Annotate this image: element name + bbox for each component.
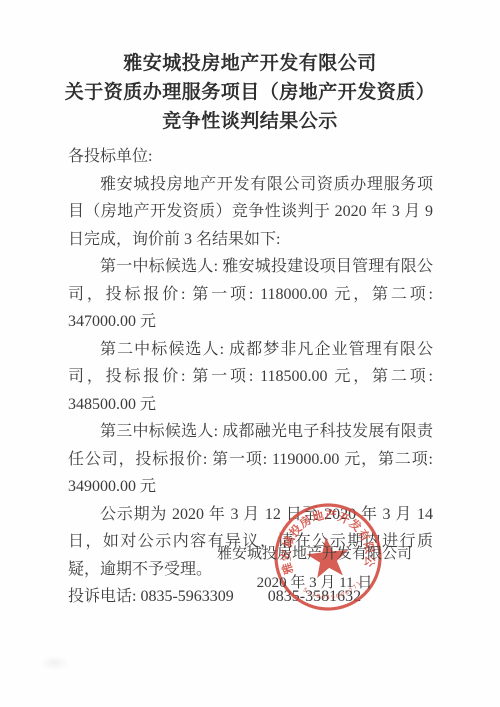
paragraph-candidate-2: 第二中标候选人: 成都梦非凡企业管理有限公司，投标报价: 第一项: 118500… [68,336,433,419]
title-line-3: 竞争性谈判结果公示 [0,107,500,136]
title-line-1: 雅安城投房地产开发有限公司 [0,49,500,78]
salutation: 各投标单位: [68,143,433,171]
paragraph-intro: 雅安城投房地产开发有限公司资质办理服务项目（房地产开发资质）竞争性谈判于 202… [68,171,433,254]
complaint-phone-label: 投诉电话: [68,588,140,605]
scanned-document-page: 雅安城投房地产开发有限公司 关于资质办理服务项目（房地产开发资质） 竞争性谈判结… [0,0,500,707]
signature-block: 雅安城投房地产开发有限公司 2020 年 3 月 11 日 [217,540,412,597]
document-title: 雅安城投房地产开发有限公司 关于资质办理服务项目（房地产开发资质） 竞争性谈判结… [0,49,500,136]
paragraph-candidate-1: 第一中标候选人: 雅安城投建设项目管理有限公司，投标报价: 第一项: 11800… [68,253,433,336]
title-line-2: 关于资质办理服务项目（房地产开发资质） [0,78,500,107]
signature-date: 2020 年 3 月 11 日 [217,569,412,598]
signature-company: 雅安城投房地产开发有限公司 [217,540,412,569]
